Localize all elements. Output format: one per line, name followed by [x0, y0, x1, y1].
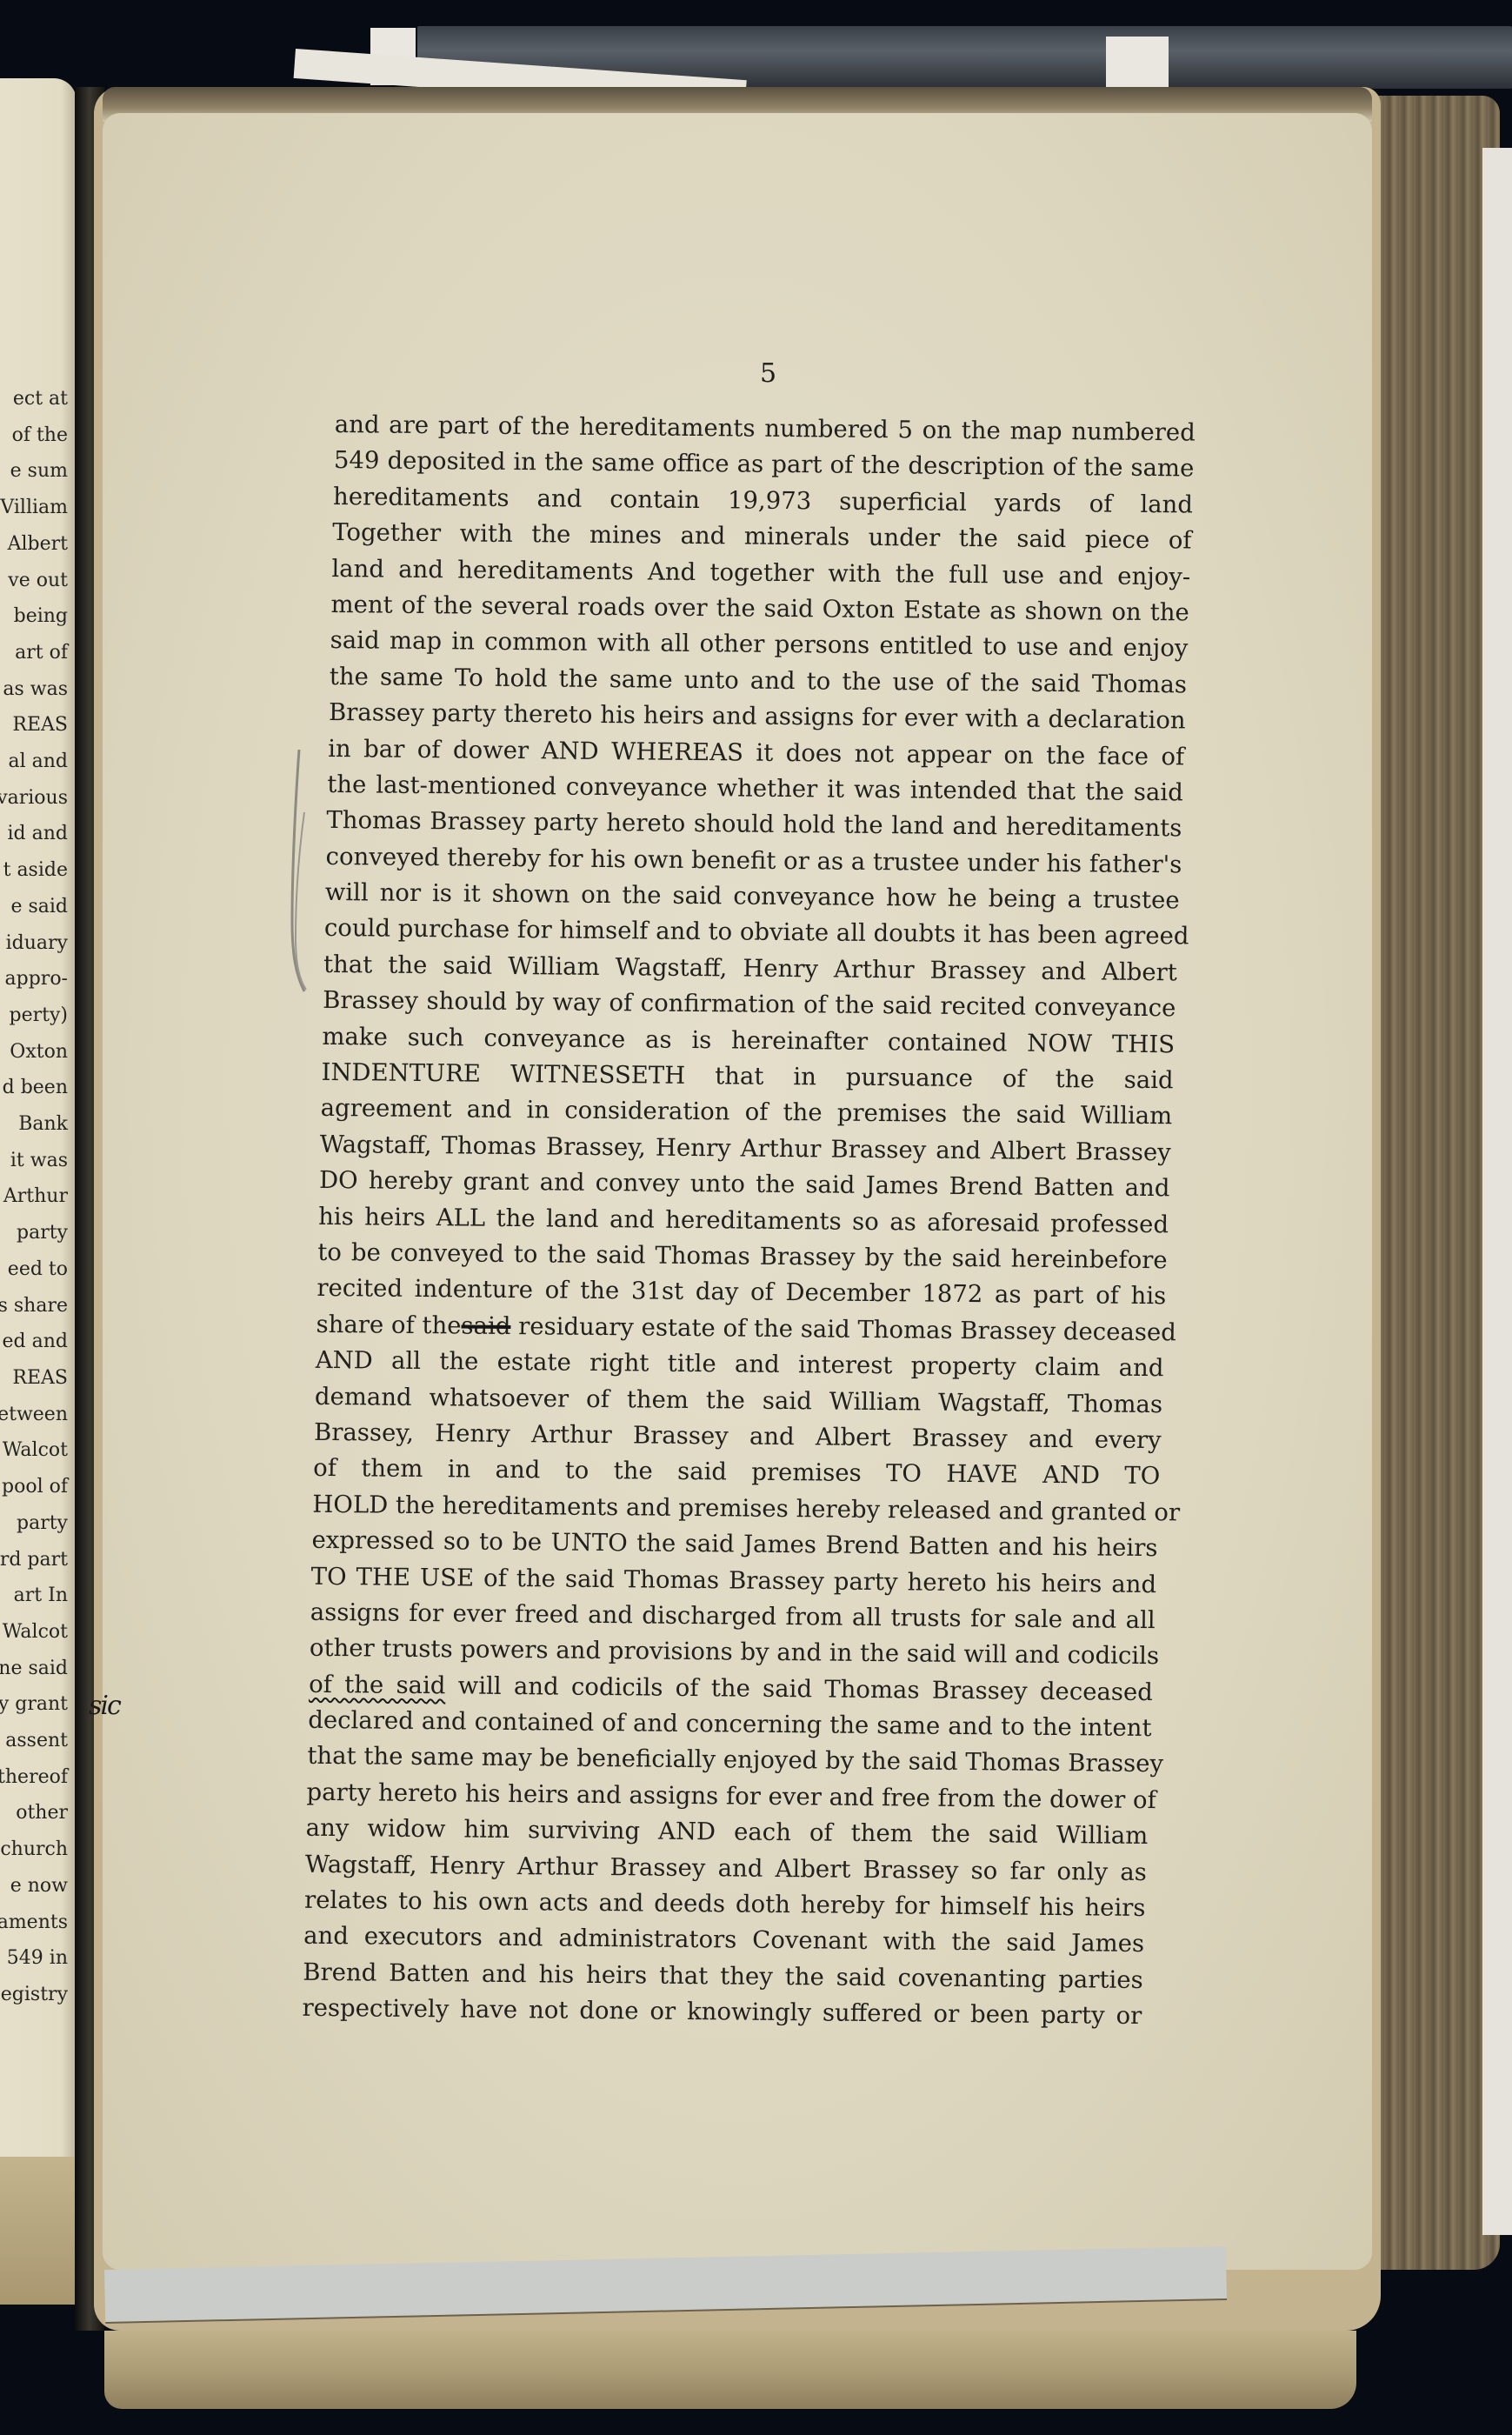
book-fore-edge: [1369, 96, 1500, 2270]
left-page-line: al and: [0, 744, 68, 780]
left-page-line: y grant: [0, 1686, 68, 1723]
left-page-line: ed and: [0, 1324, 68, 1360]
text-segment: will and codicils of the said Thomas Bra…: [445, 1671, 1153, 1706]
left-page-line: Walcot: [0, 1614, 68, 1651]
deed-body-text: and are part of the hereditaments number…: [319, 407, 1196, 2035]
left-page-line: other: [0, 1795, 68, 1831]
left-page-line: being: [0, 598, 68, 635]
left-page-line: perty): [0, 997, 68, 1034]
left-page-line: ect at: [0, 381, 68, 417]
left-page-line: Oxton: [0, 1034, 68, 1071]
left-page-line: appro-: [0, 961, 68, 997]
left-page-line: Bank: [0, 1106, 68, 1143]
left-page-aged-edge: [0, 2157, 77, 2305]
left-page-line: s share: [0, 1288, 68, 1324]
left-page-line: art of: [0, 635, 68, 671]
left-page-line: eed to: [0, 1251, 68, 1288]
left-page-line: pool of: [0, 1469, 68, 1505]
left-page-line: it was: [0, 1143, 68, 1179]
left-page-line: art In: [0, 1578, 68, 1614]
left-page-line: e said: [0, 889, 68, 925]
left-page-line: iduary: [0, 925, 68, 962]
left-page-line: ve out: [0, 563, 68, 599]
left-page-line: Albert: [0, 526, 68, 563]
left-page-line: egistry: [0, 1977, 68, 2013]
margin-note-sic: sic: [89, 1691, 120, 1721]
left-page-line: REAS: [0, 707, 68, 744]
paper-tab: [1106, 37, 1169, 94]
left-page-line: of the: [0, 417, 68, 454]
left-page-line: t aside: [0, 852, 68, 889]
left-page-line: rd part: [0, 1542, 68, 1578]
left-page-line: as was: [0, 671, 68, 708]
left-page-line: REAS: [0, 1360, 68, 1397]
pencil-bracket-mark: [287, 746, 310, 994]
left-page-line: ne said: [0, 1651, 68, 1687]
left-page-line: aments: [0, 1905, 68, 1941]
left-page-line: d been: [0, 1070, 68, 1106]
left-page-line: various: [0, 780, 68, 817]
text-segment: share of the: [316, 1311, 461, 1340]
facing-left-page: ect atof thee sumVilliamAlbertve outbein…: [0, 78, 77, 2305]
left-page-line: e sum: [0, 453, 68, 490]
left-page-line: id and: [0, 816, 68, 852]
left-page-line: party: [0, 1505, 68, 1542]
left-page-line: 549 in: [0, 1940, 68, 1977]
left-page-line: church: [0, 1831, 68, 1868]
page-bottom-aged-edge: [104, 2331, 1356, 2409]
left-page-line: etween: [0, 1397, 68, 1433]
left-page-line: Arthur: [0, 1178, 68, 1215]
left-page-line: Villiam: [0, 490, 68, 526]
left-page-line: Walcot: [0, 1432, 68, 1469]
struck-out-word: said: [461, 1311, 510, 1340]
left-page-line: e now: [0, 1868, 68, 1905]
left-page-text-fragments: ect atof thee sumVilliamAlbertve outbein…: [0, 381, 68, 2013]
left-page-line: assent: [0, 1723, 68, 1759]
paper-slip-right: [1482, 148, 1512, 2235]
page-number: 5: [760, 358, 776, 389]
left-page-line: party: [0, 1215, 68, 1251]
left-page-line: thereof: [0, 1759, 68, 1796]
text-segment: residuary estate of the said Thomas Bras…: [510, 1312, 1176, 1346]
underlined-phrase: of the said: [309, 1670, 446, 1699]
